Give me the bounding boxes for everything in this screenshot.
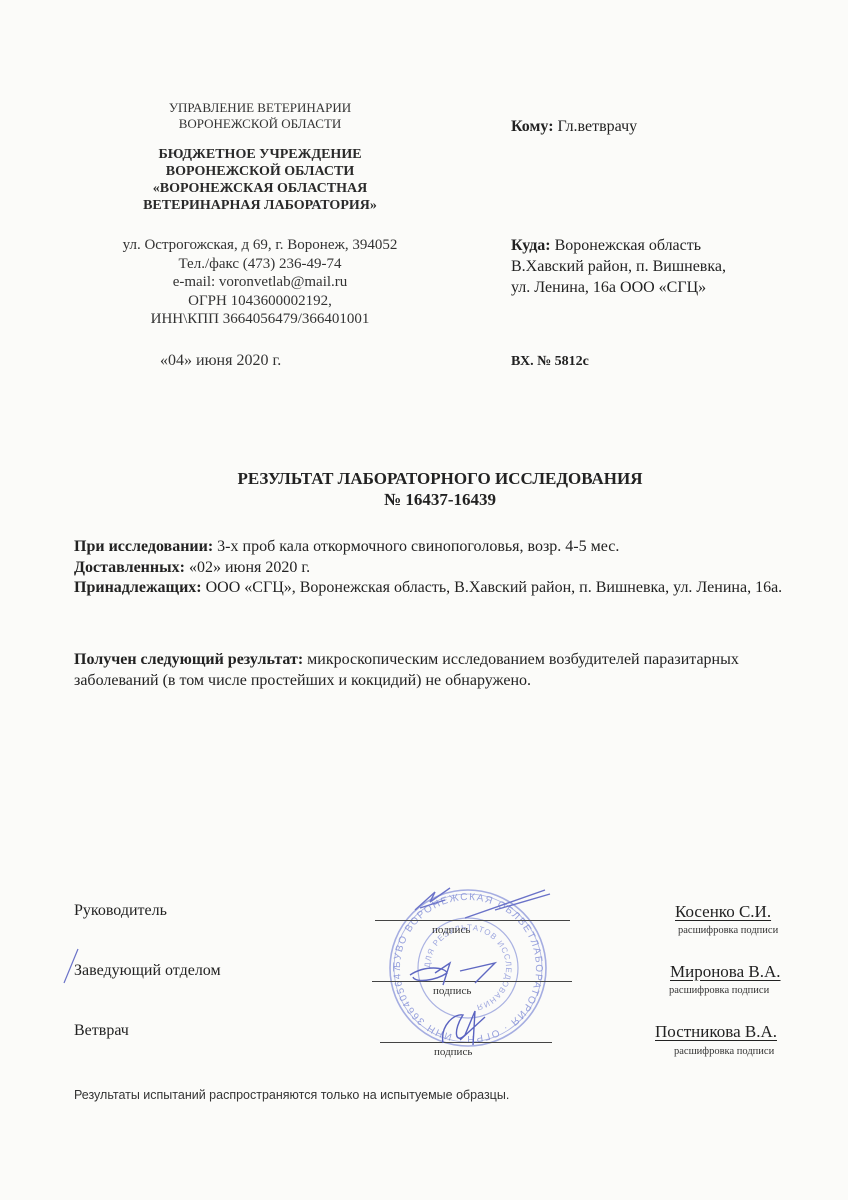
recipient-to: Кому: Гл.ветврачу — [511, 118, 637, 136]
to-label: Кому: — [511, 118, 554, 135]
org-line: БЮДЖЕТНОЕ УЧРЕЖДЕНИЕ — [110, 146, 410, 163]
margin-mark — [62, 945, 82, 985]
authority-line: ВОРОНЕЖСКОЙ ОБЛАСТИ — [110, 116, 410, 132]
authority-line: УПРАВЛЕНИЕ ВЕТЕРИНАРИИ — [110, 100, 410, 116]
sender-email: e-mail: voronvetlab@mail.ru — [100, 273, 420, 292]
signature-role-department: Заведующий отделом — [74, 962, 221, 980]
sender-organization: БЮДЖЕТНОЕ УЧРЕЖДЕНИЕ ВОРОНЕЖСКОЙ ОБЛАСТИ… — [110, 146, 410, 214]
handwritten-signature-vet — [435, 1005, 495, 1050]
sender-phone: Тел./факс (473) 236-49-74 — [100, 255, 420, 274]
document-title: РЕЗУЛЬТАТ ЛАБОРАТОРНОГО ИССЛЕДОВАНИЯ № 1… — [120, 468, 760, 510]
result-paragraph: Получен следующий результат: микроскопич… — [74, 650, 798, 691]
sender-inn-kpp: ИНН\КПП 3664056479/366401001 — [100, 310, 420, 329]
result-label: Получен следующий результат: — [74, 651, 303, 668]
signer-name: Косенко С.И. — [675, 902, 771, 922]
title-line: РЕЗУЛЬТАТ ЛАБОРАТОРНОГО ИССЛЕДОВАНИЯ — [120, 468, 760, 489]
incoming-number: ВХ. № 5812с — [511, 354, 589, 370]
study-label: При исследовании: — [74, 538, 213, 555]
signature-role-head: Руководитель — [74, 902, 167, 920]
signature-role-vet: Ветврач — [74, 1022, 129, 1040]
owner-row: Принадлежащих: ООО «СГЦ», Воронежская об… — [74, 578, 798, 599]
study-details: При исследовании: 3-х проб кала откормоч… — [74, 537, 798, 599]
where-line: ул. Ленина, 16а ООО «СГЦ» — [511, 277, 811, 298]
signer-decode-caption: расшифровка подписи — [678, 925, 778, 936]
study-row: При исследовании: 3-х проб кала откормоч… — [74, 537, 798, 558]
delivered-row: Доставленных: «02» июня 2020 г. — [74, 558, 798, 579]
to-value: Гл.ветврачу — [558, 118, 638, 135]
signer-decode-caption: расшифровка подписи — [669, 985, 769, 996]
report-number: № 16437-16439 — [120, 489, 760, 510]
signer-name: Миронова В.А. — [670, 962, 781, 982]
org-line: «ВОРОНЕЖСКАЯ ОБЛАСТНАЯ — [110, 180, 410, 197]
owner-value: ООО «СГЦ», Воронежская область, В.Хавски… — [206, 579, 783, 596]
delivered-value: «02» июня 2020 г. — [189, 559, 310, 576]
owner-label: Принадлежащих: — [74, 579, 202, 596]
signer-name: Постникова В.А. — [655, 1022, 777, 1042]
handwritten-signature-head — [405, 880, 555, 925]
signature-caption: подпись — [432, 924, 470, 936]
where-line: В.Хавский район, п. Вишневка, — [511, 256, 811, 277]
sender-ogrn: ОГРН 1043600002192, — [100, 292, 420, 311]
org-line: ВОРОНЕЖСКОЙ ОБЛАСТИ — [110, 163, 410, 180]
footer-note: Результаты испытаний распространяются то… — [74, 1088, 509, 1102]
where-line: Воронежская область — [555, 237, 701, 254]
signer-decode-caption: расшифровка подписи — [674, 1046, 774, 1057]
sender-authority: УПРАВЛЕНИЕ ВЕТЕРИНАРИИ ВОРОНЕЖСКОЙ ОБЛАС… — [110, 100, 410, 132]
recipient-address: Куда: Воронежская область В.Хавский райо… — [511, 235, 811, 298]
sender-contacts: ул. Острогожская, д 69, г. Воронеж, 3940… — [100, 236, 420, 329]
sender-address: ул. Острогожская, д 69, г. Воронеж, 3940… — [100, 236, 420, 255]
handwritten-signature-department — [405, 955, 525, 990]
org-line: ВЕТЕРИНАРНАЯ ЛАБОРАТОРИЯ» — [110, 197, 410, 214]
study-value: 3-х проб кала откормочного свинопоголовь… — [217, 538, 619, 555]
document-date: «04» июня 2020 г. — [160, 352, 281, 370]
where-label: Куда: — [511, 237, 551, 254]
delivered-label: Доставленных: — [74, 559, 185, 576]
